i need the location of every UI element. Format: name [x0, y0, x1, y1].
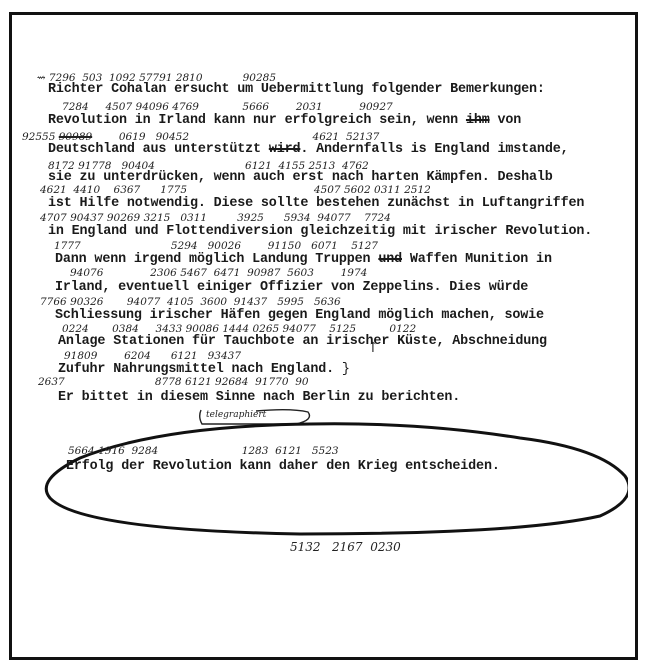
typed-line-1: Richter Cohalan ersucht um Uebermittlung… — [48, 82, 545, 97]
code-line-0: ⇝ 7296 503 1092 57791 2810 90285 — [30, 60, 276, 84]
typed-line-8: Irland, eventuell einiger Offizier von Z… — [55, 280, 528, 295]
typed-line-5: ist Hilfe notwendig. Diese sollte besteh… — [48, 196, 584, 211]
typed-line-13: Erfolg der Revolution kann daher den Kri… — [66, 459, 500, 474]
ellipse-annotation — [40, 418, 628, 538]
typed-line-7: Dann wenn irgend möglich Landung Truppen… — [55, 252, 552, 267]
code-line-10: 91809 6204 6121 93437 — [64, 350, 241, 362]
typed-line-2: Revolution in Irland kann nur erfolgreic… — [48, 113, 521, 128]
code-line-11: 2637 8778 6121 92684 91770 90 — [38, 376, 309, 388]
typed-line-9: Schliessung irischer Häfen gegen England… — [55, 308, 544, 323]
typed-line-4: sie zu unterdrücken, wenn auch erst nach… — [48, 170, 553, 185]
code-line-7: 94076 2306 5467 6471 90987 5603 1974 — [70, 267, 367, 279]
arrow-scribble-icon: ⇝ — [37, 72, 49, 84]
typed-line-6: in England und Flottendiversion gleichze… — [48, 224, 592, 239]
typed-line-11: Zufuhr Nahrungsmittel nach England. } — [58, 362, 350, 377]
code-line-4: 4621 4410 6367 1775 4507 5602 0311 2512 — [40, 184, 431, 196]
typed-line-10: Anlage Stationen für Tauchbote an irisch… — [58, 334, 547, 349]
code-line-6: 1777 5294 90026 91150 6071 5127 — [54, 240, 378, 252]
code-line-13: 5132 2167 0230 — [290, 540, 401, 554]
brace-mark-icon: } — [342, 362, 350, 377]
typed-line-3: Deutschland aus unterstützt wird. Andern… — [48, 142, 568, 157]
arrow-up-icon: ↑ — [367, 340, 379, 356]
typed-line-12: Er bittet in diesem Sinne nach Berlin zu… — [58, 390, 460, 405]
code-line-12: 5664 1916 9284 1283 6121 5523 — [68, 445, 339, 457]
code-line-1: 7284 4507 94096 4769 5666 2031 90927 — [62, 101, 393, 113]
code-line-8: 7766 90326 94077 4105 3600 91437 5995 56… — [40, 296, 341, 308]
code-line-5: 4707 90437 90269 3215 0311 3925 5934 940… — [40, 212, 391, 224]
struck-word: ihm — [466, 113, 490, 128]
